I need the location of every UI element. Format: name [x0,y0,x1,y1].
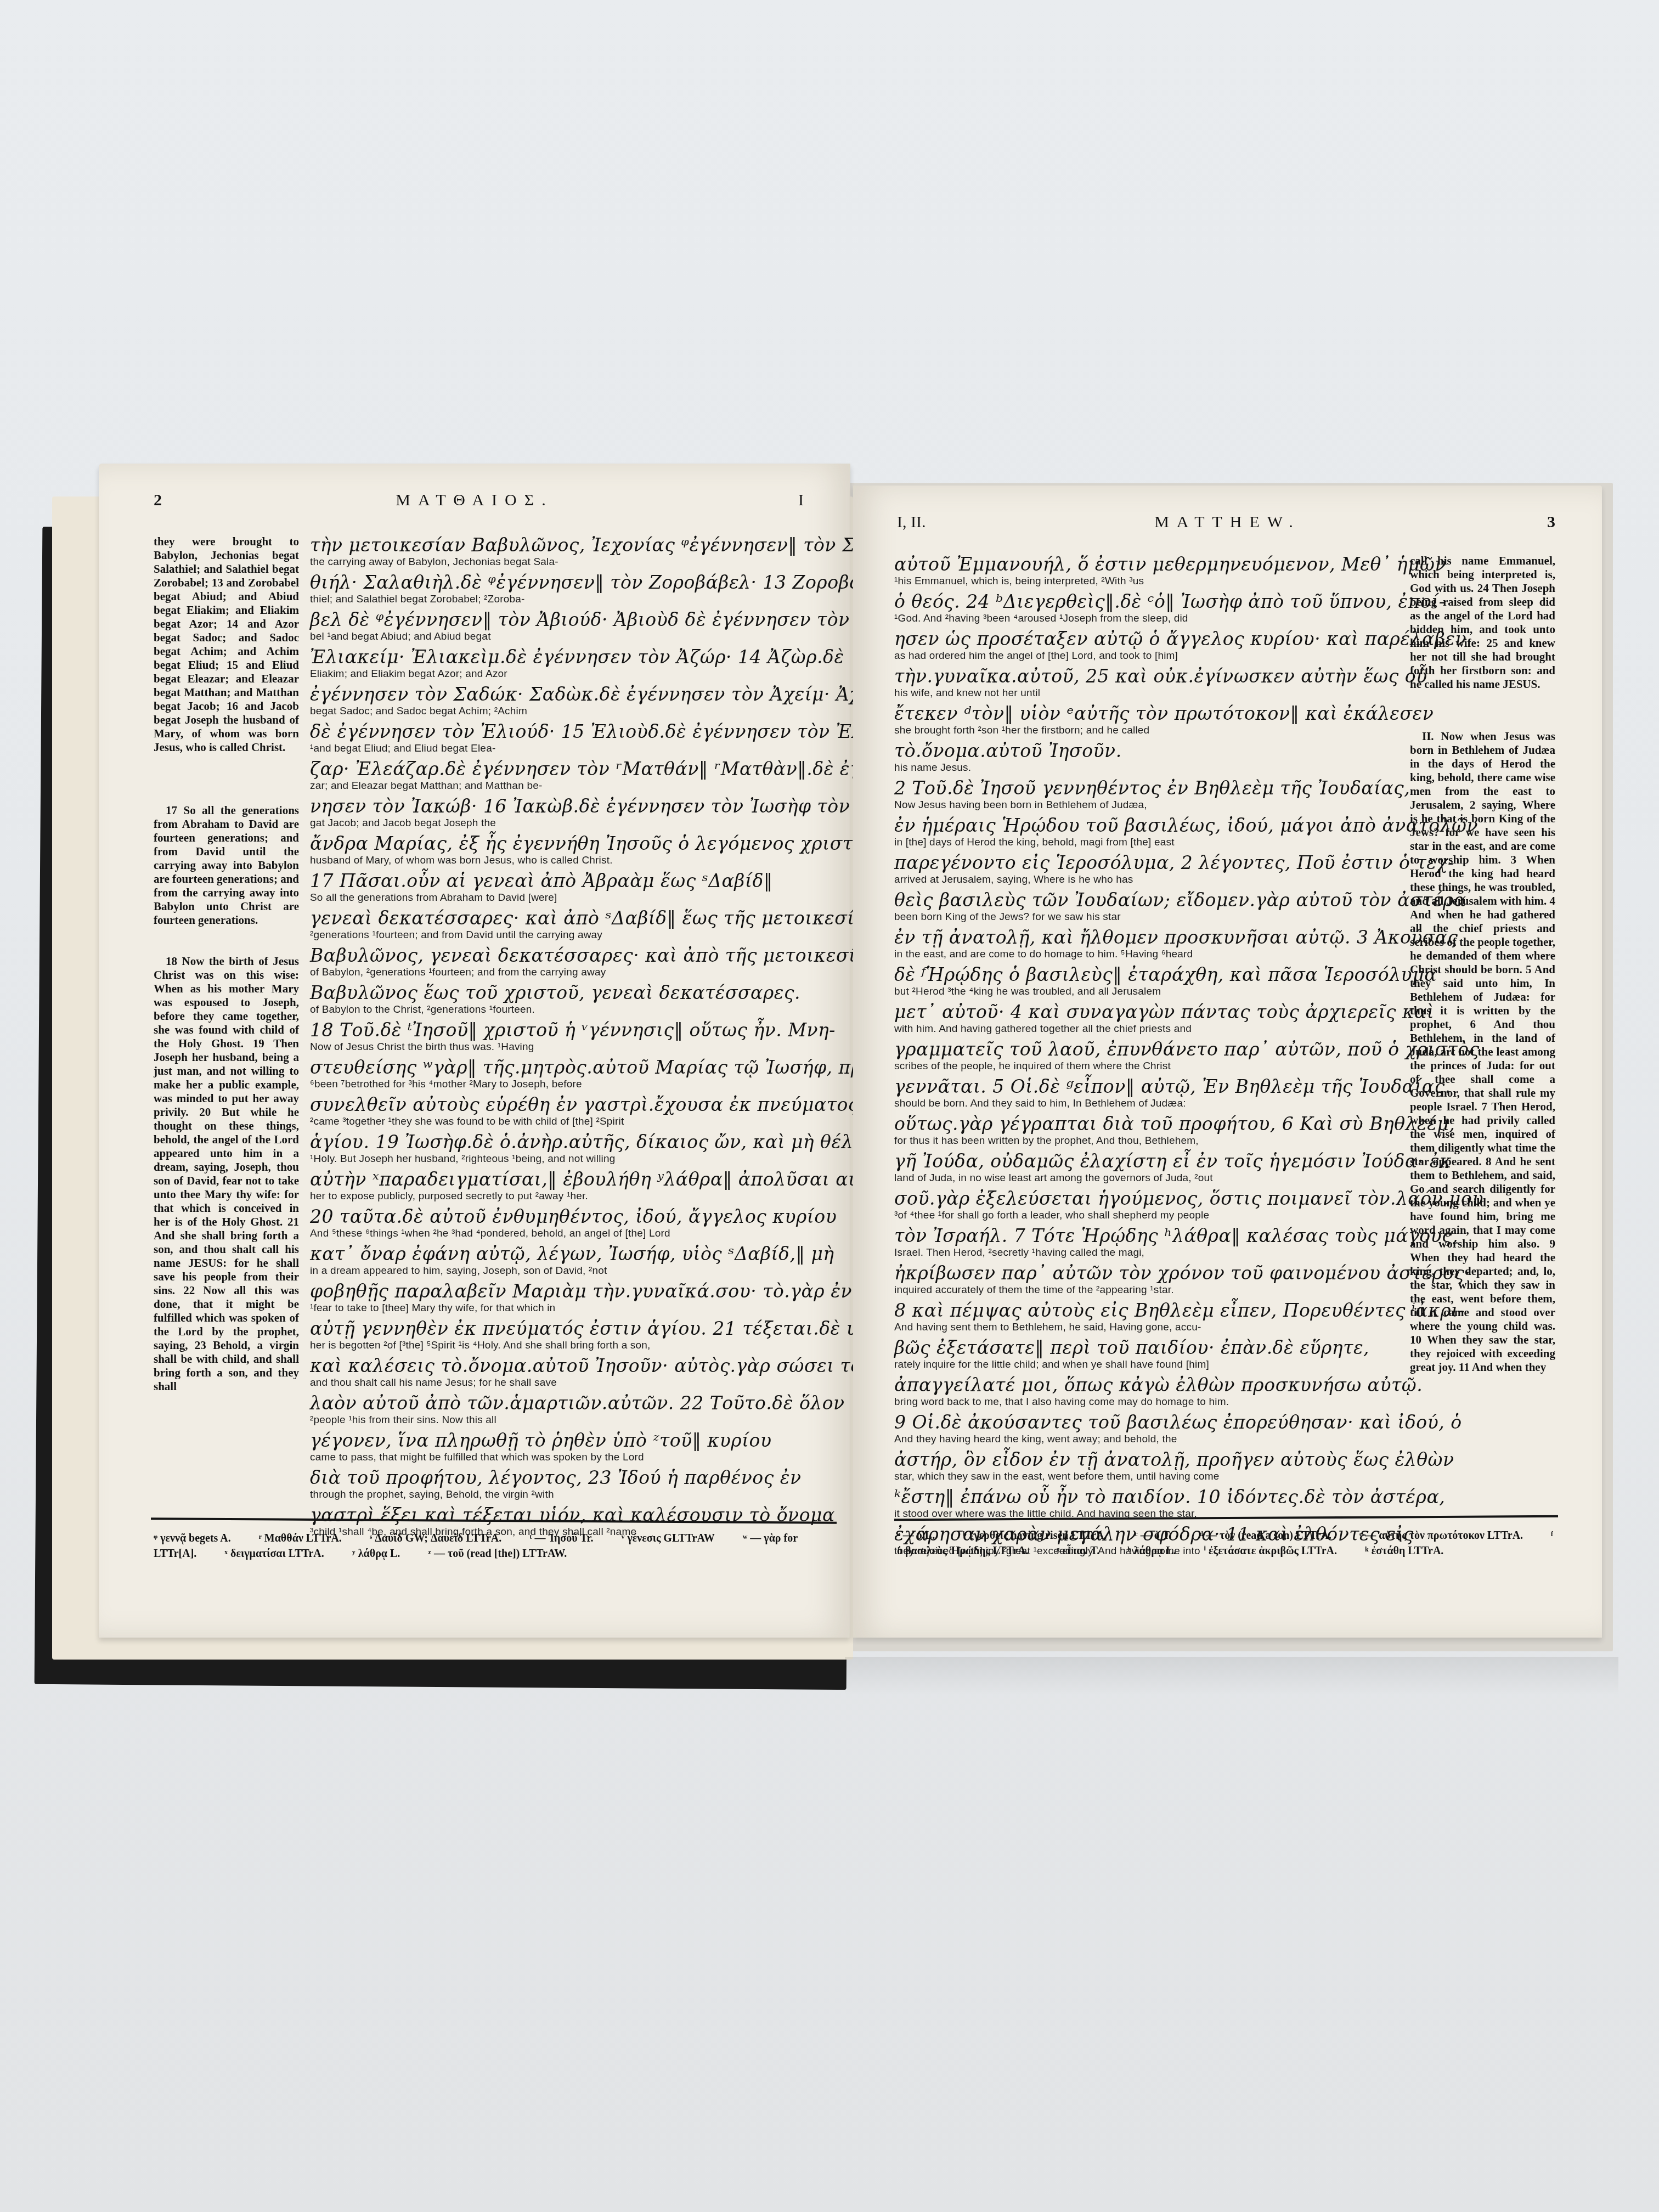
interlinear-line: ἀπαγγείλατέ μοι, ὅπως κἀγὼ ἐλθὼν προσκυν… [894,1375,1404,1409]
english-gloss: Eliakim; and Eliakim begat Azor; and Azo… [310,668,837,681]
interlinear-line: γεννᾶται. 5 Οἱ.δὲ ᵍεἶπον‖ αὐτῷ, Ἐν Βηθλε… [894,1076,1404,1110]
greek-text: ησεν ὡς προσέταξεν αὐτῷ ὁ ἄγγελος κυρίου… [894,629,1404,650]
greek-text: κατ᾽ ὄναρ ἐφάνη αὐτῷ, λέγων, Ἰωσήφ, υἱὸς… [310,1244,837,1265]
interlinear-line: παρεγένοντο εἰς Ἱεροσόλυμα, 2 λέγοντες, … [894,853,1404,887]
english-gloss: ¹and begat Eliud; and Eliud begat Elea- [310,742,837,755]
greek-text: ἐν τῇ ἀνατολῇ, καὶ ἤλθομεν προσκυνῆσαι α… [894,927,1404,948]
english-gloss: she brought forth ²son ¹her the firstbor… [894,724,1404,737]
english-gloss: his name Jesus. [894,761,1404,775]
greek-text: ἠκρίβωσεν παρ᾽ αὐτῶν τὸν χρόνον τοῦ φαιν… [894,1263,1404,1284]
interlinear-line: ἔτεκεν ᵈτὸν‖ υἱὸν ᵉαὐτῆς τὸν πρωτότοκον‖… [894,703,1404,737]
english-gloss: And having sent them to Bethlehem, he sa… [894,1321,1404,1334]
greek-text: ζαρ· Ἐλεάζαρ.δὲ ἐγέννησεν τὸν ʳΜατθάν‖ ʳ… [310,759,837,780]
interlinear-line: λαὸν αὐτοῦ ἀπὸ τῶν.ἁμαρτιῶν.αὐτῶν. 22 Το… [310,1393,837,1427]
left-page-header: 2 ΜΑΤΘΑΙΟΣ. I [99,491,850,518]
side-paragraph: they were brought to Babylon, Jechonias … [154,535,299,754]
greek-text: ἀστήρ, ὃν εἶδον ἐν τῇ ἀνατολῇ, προῆγεν α… [894,1449,1404,1470]
greek-text: συνελθεῖν αὐτοὺς εὑρέθη ἐν γαστρὶ.ἔχουσα… [310,1094,837,1115]
footnote: ᶻ — τοῦ (read [the]) LTTrAW. [428,1548,567,1560]
interlinear-line: βελ δὲ ᵠἐγέννησεν‖ τὸν Ἀβιούδ· Ἀβιοὺδ δὲ… [310,610,837,644]
footnote: ᵉ — αὐτῆς τὸν πρωτότοκον LTTrA. [1359,1530,1523,1542]
greek-text: δὲ ᶠἩρῴδης ὁ βασιλεὺς‖ ἐταράχθη, καὶ πᾶσ… [894,964,1404,985]
interlinear-line: αὐτῇ γεννηθὲν ἐκ πνεύματός ἐστιν ἁγίου. … [310,1318,837,1352]
greek-text: 20 ταῦτα.δὲ αὐτοῦ ἐνθυμηθέντος, ἰδού, ἄγ… [310,1206,837,1227]
interlinear-line: κατ᾽ ὄναρ ἐφάνη αὐτῷ, λέγων, Ἰωσήφ, υἱὸς… [310,1244,837,1278]
interlinear-line: ἠκρίβωσεν παρ᾽ αὐτῶν τὸν χρόνον τοῦ φαιν… [894,1263,1404,1297]
interlinear-line: θεὶς βασιλεὺς τῶν Ἰουδαίων; εἴδομεν.γὰρ … [894,890,1404,924]
side-paragraph: 17 So all the generations from Abraham t… [154,804,299,927]
interlinear-line: ησεν ὡς προσέταξεν αὐτῷ ὁ ἄγγελος κυρίου… [894,629,1404,663]
greek-text: παρεγένοντο εἰς Ἱεροσόλυμα, 2 λέγοντες, … [894,853,1404,873]
greek-text: μετ᾽ αὐτοῦ· 4 καὶ συναγαγὼν πάντας τοὺς … [894,1002,1404,1023]
footnote: ʳ Μαθθάν LTTrA. [259,1532,342,1544]
english-gloss: bel ¹and begat Abiud; and Abiud begat [310,630,837,644]
footnote: ʸ λάθρᾳ L. [352,1548,400,1560]
footnote: ˢ Δαυίδ GW; Δαυεὶδ LTTrA. [370,1532,501,1544]
greek-text: γέγονεν, ἵνα πληρωθῇ τὸ ῥηθὲν ὑπὸ ᶻτοῦ‖ … [310,1430,837,1451]
footnote: ᵃ — ὁ L. [897,1530,935,1542]
interlinear-line: γῆ Ἰούδα, οὐδαμῶς ἐλαχίστη εἶ ἐν τοῖς ἡγ… [894,1151,1404,1185]
side-paragraph: call his name Emmanuel, which being inte… [1410,554,1555,691]
english-gloss: her is begotten ²of [³the] ⁵Spirit ¹is ⁴… [310,1339,837,1352]
english-gloss: arrived at Jerusalem, saying, Where is h… [894,873,1404,887]
footnote: ᵠ γεννᾷ begets A. [154,1532,231,1544]
greek-text: λαὸν αὐτοῦ ἀπὸ τῶν.ἁμαρτιῶν.αὐτῶν. 22 Το… [310,1393,837,1414]
interlinear-line: ἄνδρα Μαρίας, ἐξ ἧς ἐγεννήθη Ἰησοῦς ὁ λε… [310,833,837,867]
interlinear-line: σοῦ.γὰρ ἐξελεύσεται ἡγούμενος, ὅστις ποι… [894,1188,1404,1222]
english-gloss: zar; and Eleazar begat Matthan; and Matt… [310,780,837,793]
interlinear-line: διὰ τοῦ προφήτου, λέγοντος, 23 Ἰδού ἡ πα… [310,1468,837,1502]
side-paragraph: II. Now when Jesus was born in Bethlehem… [1410,730,1555,1374]
interlinear-line: 17 Πᾶσαι.οὖν αἱ γενεαὶ ἀπὸ Ἀβραὰμ ἕως ˢΔ… [310,871,837,905]
interlinear-line: ἀστήρ, ὃν εἶδον ἐν τῇ ἀνατολῇ, προῆγεν α… [894,1449,1404,1483]
greek-text: ᵏἔστη‖ ἐπάνω οὗ ἦν τὸ παιδίον. 10 ἰδόντε… [894,1487,1404,1508]
book-shadow [845,1657,1618,1695]
interlinear-line: Βαβυλῶνος, γενεαὶ δεκατέσσαρες· καὶ ἀπὸ … [310,945,837,979]
greek-text: 8 καὶ πέμψας αὐτοὺς εἰς Βηθλεὲμ εἶπεν, Π… [894,1300,1404,1321]
english-gloss: his wife, and knew not her until [894,687,1404,700]
greek-text: θιήλ· Σαλαθιὴλ.δὲ ᵠἐγέννησεν‖ τὸν Ζοροβά… [310,572,837,593]
english-gloss: begat Sadoc; and Sadoc begat Achim; ²Ach… [310,705,837,718]
interlinear-line: 18 Τοῦ.δὲ ᵗἸησοῦ‖ χριστοῦ ἡ ᵛγέννησις‖ ο… [310,1020,837,1054]
english-gloss: ³of ⁴thee ¹for shall go forth a leader, … [894,1209,1404,1222]
interlinear-line: τὸ.ὄνομα.αὐτοῦ Ἰησοῦν.his name Jesus. [894,741,1404,775]
english-gloss: Israel. Then Herod, ²secretly ¹having ca… [894,1246,1404,1260]
english-gloss: ¹Holy. But Joseph her husband, ²righteou… [310,1153,837,1166]
greek-text: νησεν τὸν Ἰακώβ· 16 Ἰακὼβ.δὲ ἐγέννησεν τ… [310,796,837,817]
footnote: ᵏ ἐστάθη LTTrA. [1365,1545,1443,1557]
interlinear-line: τὴν μετοικεσίαν Βαβυλῶνος, Ἰεχονίας ᵠἐγέ… [310,535,837,569]
english-gloss: scribes of the people, he inquired of th… [894,1060,1404,1073]
interlinear-line: οὕτως.γὰρ γέγραπται διὰ τοῦ προφήτου, 6 … [894,1114,1404,1148]
greek-text: τὴν.γυναῖκα.αὐτοῦ, 25 καὶ οὐκ.ἐγίνωσκεν … [894,666,1404,687]
english-gloss: And they having heard the king, went awa… [894,1433,1404,1446]
english-gloss: came to pass, that might be fulfilled th… [310,1451,837,1464]
interlinear-line: ἐν τῇ ἀνατολῇ, καὶ ἤλθομεν προσκυνῆσαι α… [894,927,1404,961]
footnote: ᶜ — ὁ T. [1135,1530,1171,1542]
interlinear-line: γενεαὶ δεκατέσσαρες· καὶ ἀπὸ ˢΔαβίδ‖ ἕως… [310,908,837,942]
interlinear-line: τὸν Ἰσραήλ. 7 Τότε Ἡρῴδης ʰλάθρα‖ καλέσα… [894,1226,1404,1260]
interlinear-line: βῶς ἐξετάσατε‖ περὶ τοῦ παιδίου· ἐπὰν.δὲ… [894,1338,1404,1372]
english-gloss: in [the] days of Herod the king, behold,… [894,836,1404,849]
english-gloss: but ²Herod ³the ⁴king he was troubled, a… [894,985,1404,998]
english-gloss: of Babylon, ²generations ¹fourteen; and … [310,966,837,979]
greek-text: γραμματεῖς τοῦ λαοῦ, ἐπυνθάνετο παρ᾽ αὐτ… [894,1039,1404,1060]
english-gloss: ⁶been ⁷betrothed for ³his ⁴mother ²Mary … [310,1078,837,1091]
english-gloss: And ⁵these ⁶things ¹when ²he ³had ⁴ponde… [310,1227,837,1240]
english-gloss: ¹God. And ²having ³been ⁴aroused ¹Joseph… [894,612,1404,625]
right-page-header: I, II. MATTHEW. 3 [853,513,1602,540]
greek-text: τὸν Ἰσραήλ. 7 Τότε Ἡρῴδης ʰλάθρα‖ καλέσα… [894,1226,1404,1246]
english-gloss: inquired accurately of them the time of … [894,1284,1404,1297]
interlinear-line: στευθείσης ʷγὰρ‖ τῆς.μητρὸς.αὐτοῦ Μαρίας… [310,1057,837,1091]
chapter-marker: I [798,491,804,510]
greek-text: γεννᾶται. 5 Οἱ.δὲ ᵍεἶπον‖ αὐτῷ, Ἐν Βηθλε… [894,1076,1404,1097]
interlinear-line: φοβηθῇς παραλαβεῖν Μαριὰμ τὴν.γυναῖκά.σο… [310,1281,837,1315]
footnote: ᵈ — τὸν (read a son) LTTrA. [1200,1530,1331,1542]
interlinear-line: αὐτὴν ˣπαραδειγματίσαι,‖ ἐβουλήθη ʸλάθρα… [310,1169,837,1203]
footnote: ᵛ γένεσις GLTTrAW [621,1532,714,1544]
greek-text: δὲ ἐγέννησεν τὸν Ἐλιούδ· 15 Ἐλιοὺδ.δὲ ἐγ… [310,721,837,742]
english-gloss: gat Jacob; and Jacob begat Joseph the [310,817,837,830]
english-gloss: of Babylon to the Christ, ²generations ¹… [310,1003,837,1017]
page-number: 3 [1547,513,1555,532]
english-gloss: the carrying away of Babylon, Jechonias … [310,556,837,569]
right-page: I, II. MATTHEW. 3 αὐτοῦ Ἐμμανουήλ, ὅ ἐστ… [853,486,1602,1638]
interlinear-line: θιήλ· Σαλαθιὴλ.δὲ ᵠἐγέννησεν‖ τὸν Ζοροβά… [310,572,837,606]
english-gloss: been born King of the Jews? for we saw h… [894,911,1404,924]
interlinear-line: καὶ καλέσεις τὸ.ὄνομα.αὐτοῦ Ἰησοῦν· αὐτὸ… [310,1356,837,1390]
left-page: 2 ΜΑΤΘΑΙΟΣ. I they were brought to Babyl… [99,464,850,1638]
right-interlinear-text: αὐτοῦ Ἐμμανουήλ, ὅ ἐστιν μεθερμηνευόμενο… [894,554,1404,1561]
english-gloss: ¹his Emmanuel, which is, being interpret… [894,575,1404,588]
greek-text: ἔτεκεν ᵈτὸν‖ υἱὸν ᵉαὐτῆς τὸν πρωτότοκον‖… [894,703,1404,724]
greek-text: αὐτὴν ˣπαραδειγματίσαι,‖ ἐβουλήθη ʸλάθρα… [310,1169,837,1190]
footnote: ⁱ ἐξετάσατε ἀκριβῶς LTTrA. [1204,1545,1337,1557]
greek-text: ἐγέννησεν τὸν Σαδώκ· Σαδὼκ.δὲ ἐγέννησεν … [310,684,837,705]
left-interlinear-text: τὴν μετοικεσίαν Βαβυλῶνος, Ἰεχονίας ᵠἐγέ… [310,535,837,1542]
footnote: ᵗ — Ἰησοῦ Tr. [529,1532,593,1544]
footnote: ᵍ εἶπαν T. [1057,1545,1100,1557]
right-footnotes: ᵃ — ὁ L. ᵇ ἐγερθεὶς having risen LTTrA. … [897,1528,1561,1559]
interlinear-line: Βαβυλῶνος ἕως τοῦ χριστοῦ, γενεαὶ δεκατέ… [310,983,837,1017]
greek-text: φοβηθῇς παραλαβεῖν Μαριὰμ τὴν.γυναῖκά.σο… [310,1281,837,1302]
greek-text: οὕτως.γὰρ γέγραπται διὰ τοῦ προφήτου, 6 … [894,1114,1404,1135]
greek-text: Βαβυλῶνος ἕως τοῦ χριστοῦ, γενεαὶ δεκατέ… [310,983,837,1003]
greek-text: βῶς ἐξετάσατε‖ περὶ τοῦ παιδίου· ἐπὰν.δὲ… [894,1338,1404,1358]
greek-text: Βαβυλῶνος, γενεαὶ δεκατέσσαρες· καὶ ἀπὸ … [310,945,837,966]
interlinear-line: ἐν ἡμέραις Ἡρῴδου τοῦ βασιλέως, ἰδού, μά… [894,815,1404,849]
interlinear-line: 20 ταῦτα.δὲ αὐτοῦ ἐνθυμηθέντος, ἰδού, ἄγ… [310,1206,837,1240]
interlinear-line: γραμματεῖς τοῦ λαοῦ, ἐπυνθάνετο παρ᾽ αὐτ… [894,1039,1404,1073]
interlinear-line: δὲ ἐγέννησεν τὸν Ἐλιούδ· 15 Ἐλιοὺδ.δὲ ἐγ… [310,721,837,755]
interlinear-line: Ἐλιακείμ· Ἐλιακεὶμ.δὲ ἐγέννησεν τὸν Ἀζώρ… [310,647,837,681]
english-gloss: and thou shalt call his name Jesus; for … [310,1376,837,1390]
greek-text: αὐτῇ γεννηθὲν ἐκ πνεύματός ἐστιν ἁγίου. … [310,1318,837,1339]
greek-text: ἄνδρα Μαρίας, ἐξ ἧς ἐγεννήθη Ἰησοῦς ὁ λε… [310,833,837,854]
greek-text: στευθείσης ʷγὰρ‖ τῆς.μητρὸς.αὐτοῦ Μαρίας… [310,1057,837,1078]
english-gloss: husband of Mary, of whom was born Jesus,… [310,854,837,867]
greek-text: ἐν ἡμέραις Ἡρῴδου τοῦ βασιλέως, ἰδού, μά… [894,815,1404,836]
english-gloss: ²generations ¹fourteen; and from David u… [310,929,837,942]
greek-text: ἁγίου. 19 Ἰωσὴφ.δὲ ὁ.ἀνὴρ.αὐτῆς, δίκαιος… [310,1132,837,1153]
english-gloss: thiel; and Salathiel begat Zorobabel; ²Z… [310,593,837,606]
interlinear-line: ὁ θεός. 24 ᵇΔιεγερθεὶς‖.δὲ ᶜὁ‖ Ἰωσὴφ ἀπὸ… [894,591,1404,625]
english-gloss: bring word back to me, that I also havin… [894,1396,1404,1409]
english-gloss: Now Jesus having been born in Bethlehem … [894,799,1404,812]
interlinear-line: γέγονεν, ἵνα πληρωθῇ τὸ ῥηθὲν ὑπὸ ᶻτοῦ‖ … [310,1430,837,1464]
greek-text: αὐτοῦ Ἐμμανουήλ, ὅ ἐστιν μεθερμηνευόμενο… [894,554,1404,575]
greek-text: 9 Οἱ.δὲ ἀκούσαντες τοῦ βασιλέως ἐπορεύθη… [894,1412,1404,1433]
english-gloss: land of Juda, in no wise least art among… [894,1172,1404,1185]
greek-text: γενεαὶ δεκατέσσαρες· καὶ ἀπὸ ˢΔαβίδ‖ ἕως… [310,908,837,929]
english-gloss: rately inquire for the little child; and… [894,1358,1404,1372]
english-gloss: in the east, and are come to do homage t… [894,948,1404,961]
interlinear-line: ἐγέννησεν τὸν Σαδώκ· Σαδὼκ.δὲ ἐγέννησεν … [310,684,837,718]
running-title: MATTHEW. [853,513,1602,532]
footnote: ᵇ ἐγερθεὶς having risen LTTrA. [963,1530,1107,1542]
greek-text: ὁ θεός. 24 ᵇΔιεγερθεὶς‖.δὲ ᶜὁ‖ Ἰωσὴφ ἀπὸ… [894,591,1404,612]
interlinear-line: 2 Τοῦ.δὲ Ἰησοῦ γεννηθέντος ἐν Βηθλεὲμ τῆ… [894,778,1404,812]
side-paragraph: 18 Now the birth of Jesus Christ was on … [154,955,299,1393]
footnote: ʰ λάθρᾳ L. [1127,1545,1176,1557]
greek-text: τὸ.ὄνομα.αὐτοῦ Ἰησοῦν. [894,741,1404,761]
greek-text: διὰ τοῦ προφήτου, λέγοντος, 23 Ἰδού ἡ πα… [310,1468,837,1488]
greek-text: σοῦ.γὰρ ἐξελεύσεται ἡγούμενος, ὅστις ποι… [894,1188,1404,1209]
greek-text: γῆ Ἰούδα, οὐδαμῶς ἐλαχίστη εἶ ἐν τοῖς ἡγ… [894,1151,1404,1172]
greek-text: τὴν μετοικεσίαν Βαβυλῶνος, Ἰεχονίας ᵠἐγέ… [310,535,837,556]
interlinear-line: αὐτοῦ Ἐμμανουήλ, ὅ ἐστιν μεθερμηνευόμενο… [894,554,1404,588]
left-footnotes: ᵠ γεννᾷ begets A. ʳ Μαθθάν LTTrA. ˢ Δαυί… [154,1531,834,1561]
english-gloss: her to expose publicly, purposed secretl… [310,1190,837,1203]
english-gloss: Now of Jesus Christ the birth thus was. … [310,1041,837,1054]
greek-text: 17 Πᾶσαι.οὖν αἱ γενεαὶ ἀπὸ Ἀβραὰμ ἕως ˢΔ… [310,871,837,891]
english-gloss: as had ordered him the angel of [the] Lo… [894,650,1404,663]
interlinear-line: μετ᾽ αὐτοῦ· 4 καὶ συναγαγὼν πάντας τοὺς … [894,1002,1404,1036]
running-title: ΜΑΤΘΑΙΟΣ. [99,491,850,510]
greek-text: Ἐλιακείμ· Ἐλιακεὶμ.δὲ ἐγέννησεν τὸν Ἀζώρ… [310,647,837,668]
english-gloss: should be born. And they said to him, In… [894,1097,1404,1110]
interlinear-line: ζαρ· Ἐλεάζαρ.δὲ ἐγέννησεν τὸν ʳΜατθάν‖ ʳ… [310,759,837,793]
interlinear-line: 8 καὶ πέμψας αὐτοὺς εἰς Βηθλεὲμ εἶπεν, Π… [894,1300,1404,1334]
english-gloss: with him. And having gathered together a… [894,1023,1404,1036]
english-gloss: for thus it has been written by the prop… [894,1135,1404,1148]
english-gloss: in a dream appeared to him, saying, Jose… [310,1265,837,1278]
greek-text: βελ δὲ ᵠἐγέννησεν‖ τὸν Ἀβιούδ· Ἀβιοὺδ δὲ… [310,610,837,630]
left-side-column: they were brought to Babylon, Jechonias … [154,535,299,1421]
english-gloss: ²people ¹his from their sins. Now this a… [310,1414,837,1427]
english-gloss: through the prophet, saying, Behold, the… [310,1488,837,1502]
interlinear-line: ἁγίου. 19 Ἰωσὴφ.δὲ ὁ.ἀνὴρ.αὐτῆς, δίκαιος… [310,1132,837,1166]
interlinear-line: 9 Οἱ.δὲ ἀκούσαντες τοῦ βασιλέως ἐπορεύθη… [894,1412,1404,1446]
greek-text: ἀπαγγείλατέ μοι, ὅπως κἀγὼ ἐλθὼν προσκυν… [894,1375,1404,1396]
greek-text: 18 Τοῦ.δὲ ᵗἸησοῦ‖ χριστοῦ ἡ ᵛγέννησις‖ ο… [310,1020,837,1041]
english-gloss: ²came ³together ¹they she was found to b… [310,1115,837,1128]
footnote: ˣ δειγματίσαι LTTrA. [224,1548,324,1560]
english-gloss: ¹fear to take to [thee] Mary thy wife, f… [310,1302,837,1315]
greek-text: θεὶς βασιλεὺς τῶν Ἰουδαίων; εἴδομεν.γὰρ … [894,890,1404,911]
interlinear-line: ᵏἔστη‖ ἐπάνω οὗ ἦν τὸ παιδίον. 10 ἰδόντε… [894,1487,1404,1521]
greek-text: καὶ καλέσεις τὸ.ὄνομα.αὐτοῦ Ἰησοῦν· αὐτὸ… [310,1356,837,1376]
interlinear-line: νησεν τὸν Ἰακώβ· 16 Ἰακὼβ.δὲ ἐγέννησεν τ… [310,796,837,830]
english-gloss: star, which they saw in the east, went b… [894,1470,1404,1483]
english-gloss: So all the generations from Abraham to D… [310,891,837,905]
interlinear-line: συνελθεῖν αὐτοὺς εὑρέθη ἐν γαστρὶ.ἔχουσα… [310,1094,837,1128]
greek-text: 2 Τοῦ.δὲ Ἰησοῦ γεννηθέντος ἐν Βηθλεὲμ τῆ… [894,778,1404,799]
interlinear-line: δὲ ᶠἩρῴδης ὁ βασιλεὺς‖ ἐταράχθη, καὶ πᾶσ… [894,964,1404,998]
right-side-column: call his name Emmanuel, which being inte… [1410,554,1555,1402]
interlinear-line: τὴν.γυναῖκα.αὐτοῦ, 25 καὶ οὐκ.ἐγίνωσκεν … [894,666,1404,700]
